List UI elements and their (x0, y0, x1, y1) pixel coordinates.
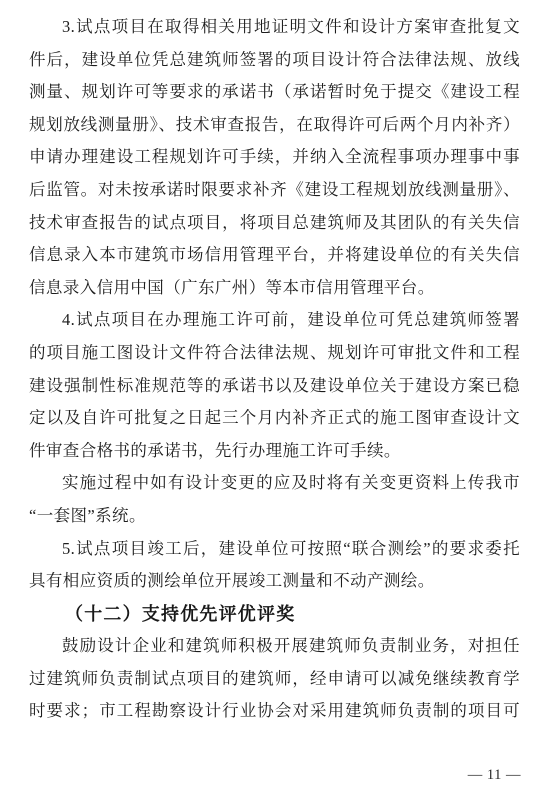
document-page: 3.试点项目在取得相关用地证明文件和设计方案审查批复文件后，建设单位凭总建筑师签… (0, 0, 548, 796)
text-line: 时要求；市工程勘察设计行业协会对采用建筑师负责制的项目可 (29, 695, 520, 728)
text-line: 件审查合格书的承诺书，先行办理施工许可手续。 (29, 435, 520, 468)
text-line: 3.试点项目在取得相关用地证明文件和设计方案审查批复文 (29, 11, 520, 44)
document-body: 3.试点项目在取得相关用地证明文件和设计方案审查批复文件后，建设单位凭总建筑师签… (29, 11, 520, 728)
text-line: 件后，建设单位凭总建筑师签署的项目设计符合法律法规、放线 (29, 44, 520, 77)
text-line: 4.试点项目在办理施工许可前，建设单位可凭总建筑师签署 (29, 304, 520, 337)
text-line: 5.试点项目竣工后，建设单位可按照“联合测绘”的要求委托 (29, 533, 520, 566)
text-line: 申请办理建设工程规划许可手续，并纳入全流程事项办理事中事 (29, 141, 520, 174)
text-line: 定以及自许可批复之日起三个月内补齐正式的施工图审查设计文 (29, 402, 520, 435)
text-line: 测量、规划许可等要求的承诺书（承诺暂时免于提交《建设工程 (29, 76, 520, 109)
page-number: — 11 — (468, 767, 521, 784)
text-line: 实施过程中如有设计变更的应及时将有关变更资料上传我市 (29, 467, 520, 500)
text-line: 过建筑师负责制试点项目的建筑师，经申请可以减免继续教育学 (29, 663, 520, 696)
text-line: 信息录入本市建筑市场信用管理平台，并将建设单位的有关失信 (29, 239, 520, 272)
text-line: 技术审查报告的试点项目，将项目总建筑师及其团队的有关失信 (29, 207, 520, 240)
text-line: 鼓励设计企业和建筑师积极开展建筑师负责制业务，对担任 (29, 630, 520, 663)
text-line: 建设强制性标准规范等的承诺书以及建设单位关于建设方案已稳 (29, 370, 520, 403)
text-line: 规划放线测量册》、技术审查报告，在取得许可后两个月内补齐） (29, 109, 520, 142)
text-line: 信息录入信用中国（广东广州）等本市信用管理平台。 (29, 272, 520, 305)
section-heading: （十二）支持优先评优评奖 (29, 598, 520, 631)
text-line: “一套图”系统。 (29, 500, 520, 533)
text-line: 的项目施工图设计文件符合法律法规、规划许可审批文件和工程 (29, 337, 520, 370)
text-line: 具有相应资质的测绘单位开展竣工测量和不动产测绘。 (29, 565, 520, 598)
text-line: 后监管。对未按承诺时限要求补齐《建设工程规划放线测量册》、 (29, 174, 520, 207)
